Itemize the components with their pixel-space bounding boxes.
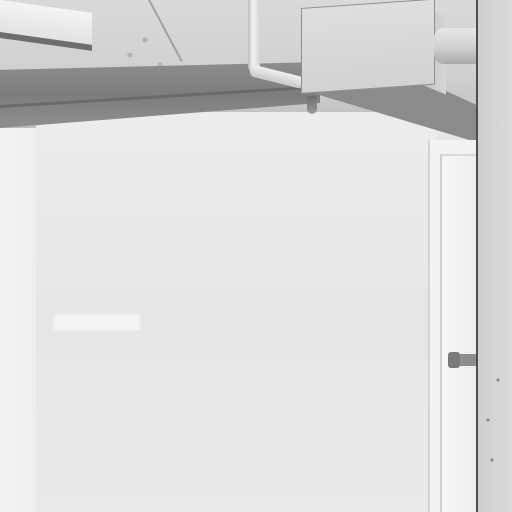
white-wall: [36, 112, 436, 512]
door: [440, 154, 478, 512]
ceiling-crack: [148, 0, 183, 62]
left-wall-section: [0, 128, 38, 512]
concrete-column: [476, 0, 512, 512]
vertical-pipe: [248, 0, 260, 72]
sprinkler-head: [307, 96, 317, 114]
junction-box: [301, 0, 435, 94]
photo-scene: [0, 0, 512, 512]
door-handle-rose: [448, 352, 460, 368]
wall-patch: [54, 314, 140, 330]
